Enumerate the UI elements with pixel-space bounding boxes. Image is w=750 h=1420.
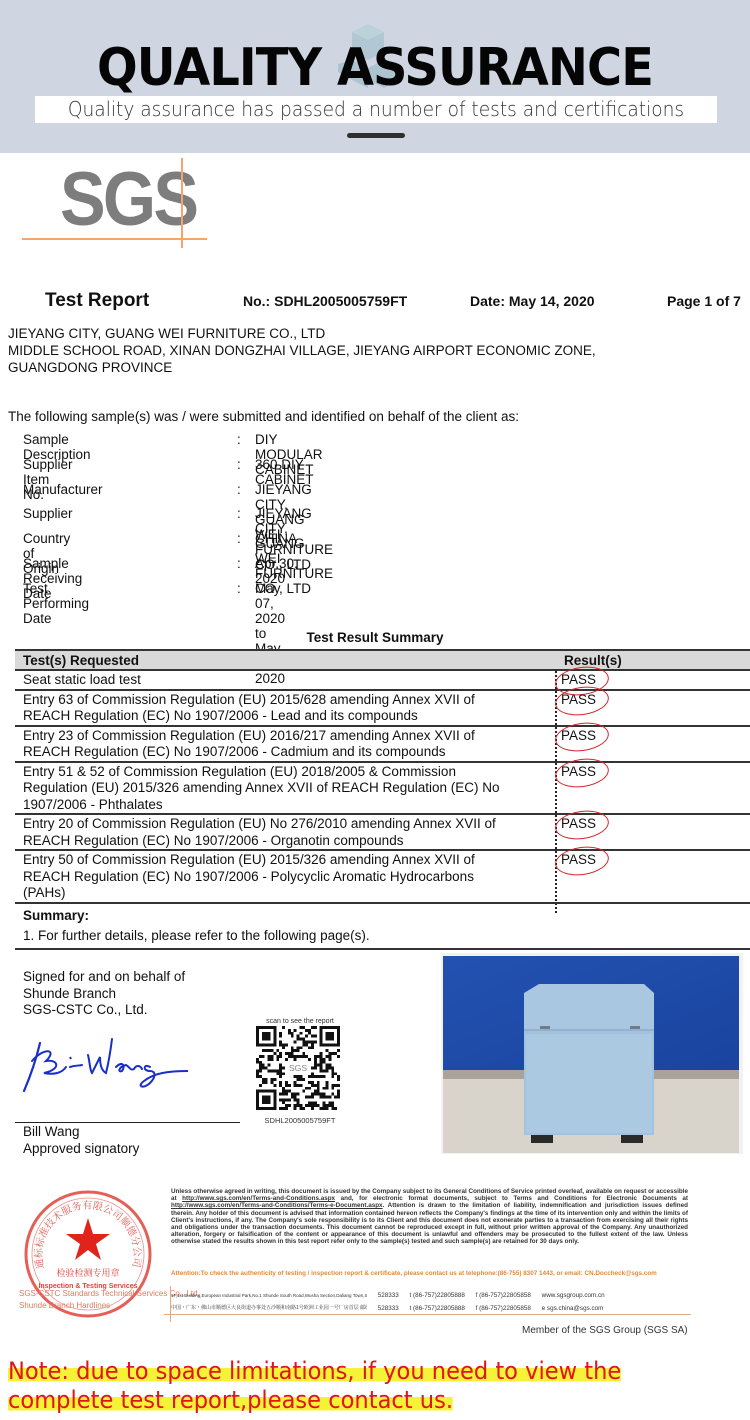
test-line: 1907/2006 - Phthalates (23, 797, 555, 814)
authenticity-notice: Attention:To check the authenticity of t… (171, 1270, 688, 1277)
summary-block: Summary: 1. For further details, please … (15, 904, 750, 950)
table-row: Entry 50 of Commission Regulation (EU) 2… (15, 851, 750, 904)
report-number: No.: SDHL2005005759FT (243, 293, 407, 309)
terms-e-document-link[interactable]: http://www.sgs.com/en/Terms-and-Conditio… (171, 1202, 383, 1209)
separator-colon: : (237, 482, 241, 497)
separator-colon: : (237, 457, 241, 472)
signer-block: Bill Wang Approved signatory (23, 1124, 139, 1157)
test-requested-cell: Entry 23 of Commission Regulation (EU) 2… (15, 727, 555, 761)
test-line: REACH Regulation (EC) No 1907/2006 - Cad… (23, 744, 555, 761)
summary-label: Summary: (23, 908, 89, 923)
qr-code[interactable]: SGS (256, 1026, 340, 1110)
test-line: Entry 23 of Commission Regulation (EU) 2… (23, 728, 555, 745)
terms-fine-print: Unless otherwise agreed in writing, this… (171, 1188, 688, 1246)
test-line: Entry 51 & 52 of Commission Regulation (… (23, 764, 555, 781)
test-line: REACH Regulation (EC) No 1907/2006 - Pol… (23, 869, 555, 886)
signed-line: SGS-CSTC Co., Ltd. (23, 1002, 185, 1019)
summary-item: 1. For further details, please refer to … (23, 926, 750, 946)
test-requested-cell: Entry 51 & 52 of Commission Regulation (… (15, 763, 555, 814)
fine-print-text: and, for electronic format documents, su… (335, 1195, 688, 1202)
result-cell: PASS (561, 816, 596, 833)
result-cell: PASS (561, 764, 596, 781)
result-cell: PASS (561, 728, 596, 745)
telephone: t (86-757)22805888 (410, 1289, 465, 1302)
test-line: REACH Regulation (EC) No 1907/2006 - Lea… (23, 708, 555, 725)
result-cell: PASS (561, 692, 596, 709)
separator-colon: : (237, 556, 241, 571)
test-result-table: Test(s) Requested Result(s) Seat static … (15, 649, 750, 950)
postcode: 528333 (378, 1289, 399, 1302)
test-line: Entry 63 of Commission Regulation (EU) 2… (23, 692, 555, 709)
qr-code-block: scan to see the report SGS SDHL200500575… (256, 1018, 344, 1125)
separator-colon: : (237, 506, 241, 521)
sgs-address-block: 1F,1st Building,European Industrial Park… (171, 1289, 691, 1315)
separator-colon: : (237, 581, 241, 596)
sample-intro: The following sample(s) was / were submi… (8, 409, 519, 424)
table-row: Entry 20 of Commission Regulation (EU) N… (15, 815, 750, 851)
client-address-line1: MIDDLE SCHOOL ROAD, XINAN DONGZHAI VILLA… (8, 342, 596, 359)
fine-print-text: . Attention is drawn to the limitation o… (171, 1202, 688, 1245)
address-en: 1F,1st Building,European Industrial Park… (171, 1289, 367, 1302)
note-line-1: Note: due to space limitations, if you n… (8, 1357, 621, 1385)
svg-text:检验检测专用章: 检验检测专用章 (56, 1267, 119, 1279)
fax: f (86-757)22805858 (476, 1289, 531, 1302)
sample-info-value: CHINA (255, 531, 297, 546)
report-title: Test Report (45, 290, 149, 312)
header-banner: QUALITY ASSURANCE Quality assurance has … (0, 0, 750, 153)
separator-colon: : (237, 432, 241, 447)
test-line: Entry 50 of Commission Regulation (EU) 2… (23, 852, 555, 869)
title-divider (347, 133, 405, 138)
signature-line (15, 1122, 240, 1123)
table-header: Test(s) Requested Result(s) (15, 651, 750, 671)
website-link[interactable]: www.sgsgroup.com.cn (542, 1289, 605, 1302)
handwritten-signature (18, 1035, 188, 1095)
table-row: Entry 23 of Commission Regulation (EU) 2… (15, 727, 750, 763)
sgs-logo-text: SGS (60, 160, 196, 240)
signed-line: Shunde Branch (23, 986, 185, 1003)
contact-note: Note: due to space limitations, if you n… (8, 1357, 748, 1415)
table-row: Entry 63 of Commission Regulation (EU) 2… (15, 691, 750, 727)
table-row: Entry 51 & 52 of Commission Regulation (… (15, 763, 750, 816)
sgs-member-text: Member of the SGS Group (SGS SA) (522, 1325, 688, 1336)
page-title: QUALITY ASSURANCE (30, 38, 720, 98)
svg-text:SGS: SGS (289, 1063, 308, 1073)
table-row: Seat static load testPASS (15, 671, 750, 691)
product-photo (441, 953, 743, 1154)
signed-on-behalf: Signed for and on behalf of Shunde Branc… (23, 969, 185, 1019)
sample-info-label: Test Performing Date (23, 581, 89, 626)
test-line: Regulation (EU) 2015/326 amending Annex … (23, 780, 555, 797)
client-name: JIEYANG CITY, GUANG WEI FURNITURE CO., L… (8, 325, 596, 342)
result-cell: PASS (561, 852, 596, 869)
column-header-tests: Test(s) Requested (23, 653, 139, 668)
test-line: Entry 20 of Commission Regulation (EU) N… (23, 816, 555, 833)
logo-horizontal-line (22, 238, 207, 240)
qr-caption: scan to see the report (256, 1018, 344, 1025)
test-requested-cell: Entry 50 of Commission Regulation (EU) 2… (15, 851, 555, 902)
note-line-2: complete test report,please contact us. (8, 1386, 453, 1414)
terms-link[interactable]: http://www.sgs.com/en/Terms-and-Conditio… (182, 1195, 335, 1202)
signer-role: Approved signatory (23, 1141, 139, 1158)
test-line: REACH Regulation (EC) No 1907/2006 - Org… (23, 833, 555, 850)
sgs-logo: SGS (22, 158, 212, 248)
report-header: Test Report No.: SDHL2005005759FT Date: … (0, 290, 750, 314)
test-requested-cell: Entry 20 of Commission Regulation (EU) N… (15, 815, 555, 849)
sample-info-label: Supplier (23, 506, 73, 521)
signer-name: Bill Wang (23, 1124, 139, 1141)
client-address: JIEYANG CITY, GUANG WEI FURNITURE CO., L… (8, 325, 596, 376)
footer-horizontal-line (164, 1314, 691, 1315)
sample-info-label: Manufacturer (23, 482, 103, 497)
report-date: Date: May 14, 2020 (470, 293, 595, 309)
test-requested-cell: Entry 63 of Commission Regulation (EU) 2… (15, 691, 555, 725)
column-header-results: Result(s) (564, 653, 622, 668)
separator-colon: : (237, 531, 241, 546)
page-subtitle: Quality assurance has passed a number of… (59, 96, 693, 123)
test-line: Seat static load test (23, 672, 555, 689)
test-requested-cell: Seat static load test (15, 671, 555, 689)
logo-vertical-line (181, 158, 183, 248)
client-address-line2: GUANGDONG PROVINCE (8, 359, 596, 376)
test-line: (PAHs) (23, 885, 555, 902)
qr-report-id: SDHL2005005759FT (256, 1116, 344, 1125)
test-result-summary-title: Test Result Summary (0, 630, 750, 645)
signed-line: Signed for and on behalf of (23, 969, 185, 986)
report-page-indicator: Page 1 of 7 (667, 293, 741, 309)
